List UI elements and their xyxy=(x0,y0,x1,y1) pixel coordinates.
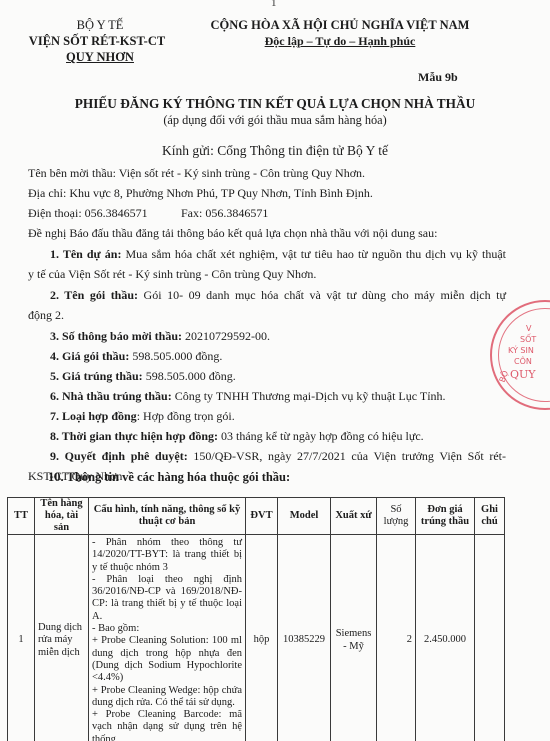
issuer-header: BỘ Y TẾ VIỆN SỐT RÉT-KST-CT QUY NHƠN xyxy=(30,17,170,65)
spec-line: + Probe Cleaning Barcode: mã vạch nhận d… xyxy=(92,709,242,741)
seal-text: V xyxy=(526,324,531,333)
spec-line: - Phân nhóm theo thông tư 14/2020/TT-BYT… xyxy=(92,537,242,574)
cell-price: 2.450.000 xyxy=(416,535,475,741)
spec-line: + Probe Cleaning Wedge: hộp chứa dung dị… xyxy=(92,685,242,710)
item-value: 03 tháng kể từ ngày hợp đồng có hiệu lực… xyxy=(218,429,424,443)
national-header: CỘNG HÒA XÃ HỘI CHỦ NGHĨA VIỆT NAM Độc l… xyxy=(205,17,475,49)
spec-line: - Bao gồm: xyxy=(92,623,242,635)
cell-tt: 1 xyxy=(8,535,35,741)
item-label: 9. Quyết định phê duyệt: xyxy=(50,449,188,463)
item-8: 8. Thời gian thực hiện hợp đồng: 03 thán… xyxy=(28,426,506,446)
institute-city: QUY NHƠN xyxy=(30,49,170,65)
col-header-name: Tên hàng hóa, tài sản xyxy=(35,498,89,535)
item-label: 4. Giá gói thầu: xyxy=(50,349,129,363)
spec-line: + Probe Cleaning Solution: 100 ml dung d… xyxy=(92,635,242,684)
col-header-model: Model xyxy=(278,498,331,535)
item-3: 3. Số thông báo mời thầu: 20210729592-00… xyxy=(28,326,506,346)
inviter-name: Tên bên mời thầu: Viện sốt rét - Ký sinh… xyxy=(28,166,365,181)
cell-note xyxy=(475,535,505,741)
cell-model: 10385229 xyxy=(278,535,331,741)
seal-text: CÔN xyxy=(514,357,532,366)
item-6: 6. Nhà thầu trúng thầu: Công ty TNHH Thư… xyxy=(28,386,506,406)
seal-text: SỐT xyxy=(520,335,536,344)
table-row: 1 Dung dịch rửa máy miễn dịch - Phân nhó… xyxy=(8,535,505,741)
seal-text: BỘ xyxy=(498,369,510,383)
item-value-cont: y tế của Viện Sốt rét - Ký sinh trùng - … xyxy=(28,264,506,284)
table-header-row: TT Tên hàng hóa, tài sản Cấu hình, tính … xyxy=(8,498,505,535)
item-value: Gói 10- 09 danh mục hóa chất và vật tư d… xyxy=(138,288,506,302)
cell-name: Dung dịch rửa máy miễn dịch xyxy=(35,535,89,741)
request-text: Đề nghị Báo đấu thầu đăng tải thông báo … xyxy=(28,226,437,241)
item-label: 3. Số thông báo mời thầu: xyxy=(50,329,182,343)
item-label: 5. Giá trúng thầu: xyxy=(50,369,143,383)
item-7: 7. Loại hợp đồng: Hợp đồng trọn gói. xyxy=(28,406,506,426)
cell-spec: - Phân nhóm theo thông tư 14/2020/TT-BYT… xyxy=(89,535,246,741)
goods-table: TT Tên hàng hóa, tài sản Cấu hình, tính … xyxy=(7,497,505,741)
greeting: Kính gửi: Cổng Thông tin điện tử Bộ Y tế xyxy=(0,143,550,159)
item-2: 2. Tên gói thầu: Gói 10- 09 danh mục hóa… xyxy=(28,285,506,325)
ministry-name: BỘ Y TẾ xyxy=(30,17,170,33)
col-header-origin: Xuất xứ xyxy=(331,498,377,535)
cell-origin: Siemens - Mỹ xyxy=(331,535,377,741)
col-header-unit: ĐVT xyxy=(246,498,278,535)
item-4: 4. Giá gói thầu: 598.505.000 đồng. xyxy=(28,346,506,366)
spec-line: - Phân loại theo nghị định 36/2016/NĐ-CP… xyxy=(92,574,242,623)
form-code: Mẫu 9b xyxy=(418,70,458,85)
col-header-price: Đơn giá trúng thầu xyxy=(416,498,475,535)
page-number: 1 xyxy=(271,0,277,9)
item-label: 1. Tên dự án: xyxy=(50,247,121,261)
item-label: 2. Tên gói thầu: xyxy=(50,288,138,302)
cell-unit: hộp xyxy=(246,535,278,741)
seal-text: KÝ SIN xyxy=(508,346,534,355)
document-subtitle: (áp dụng đối với gói thầu mua sắm hàng h… xyxy=(0,113,550,128)
document-title: PHIẾU ĐĂNG KÝ THÔNG TIN KẾT QUẢ LỰA CHỌN… xyxy=(0,96,550,112)
col-header-note: Ghi chú xyxy=(475,498,505,535)
item-label: 8. Thời gian thực hiện hợp đồng: xyxy=(50,429,218,443)
cell-qty: 2 xyxy=(377,535,416,741)
item-value: 598.505.000 đồng. xyxy=(143,369,236,383)
item-5: 5. Giá trúng thầu: 598.505.000 đồng. xyxy=(28,366,506,386)
item-value: 150/QĐ-VSR, ngày 27/7/2021 của Viện trưở… xyxy=(188,449,506,463)
item-value-cont: động 2. xyxy=(28,305,506,325)
col-header-spec: Cấu hình, tính năng, thông số kỹ thuật c… xyxy=(89,498,246,535)
national-motto: Độc lập – Tự do – Hạnh phúc xyxy=(205,33,475,49)
col-header-tt: TT xyxy=(8,498,35,535)
col-header-qty: Số lượng xyxy=(377,498,416,535)
item-value: Công ty TNHH Thương mại-Dịch vụ kỹ thuật… xyxy=(172,389,446,403)
inviter-address: Địa chỉ: Khu vực 8, Phường Nhơn Phú, TP … xyxy=(28,186,373,201)
institute-name: VIỆN SỐT RÉT-KST-CT xyxy=(24,33,170,49)
inviter-phone: Điện thoại: 056.3846571 xyxy=(28,206,148,221)
item-1: 1. Tên dự án: Mua sắm hóa chất xét nghiệ… xyxy=(28,244,506,284)
item-value: Mua sắm hóa chất xét nghiệm, vật tư tiêu… xyxy=(121,247,506,261)
inviter-fax: Fax: 056.3846571 xyxy=(181,206,268,221)
item-label: 7. Loại hợp đồng xyxy=(50,409,137,423)
seal-text: QUY xyxy=(510,368,536,381)
item-value: 598.505.000 đồng. xyxy=(129,349,222,363)
item-label: 6. Nhà thầu trúng thầu: xyxy=(50,389,172,403)
item-value: 20210729592-00. xyxy=(182,329,270,343)
section-10-heading: 10. Thông tin về các hàng hóa thuộc gói … xyxy=(48,470,290,485)
country-name: CỘNG HÒA XÃ HỘI CHỦ NGHĨA VIỆT NAM xyxy=(205,17,475,33)
item-value: : Hợp đồng trọn gói. xyxy=(137,409,235,423)
